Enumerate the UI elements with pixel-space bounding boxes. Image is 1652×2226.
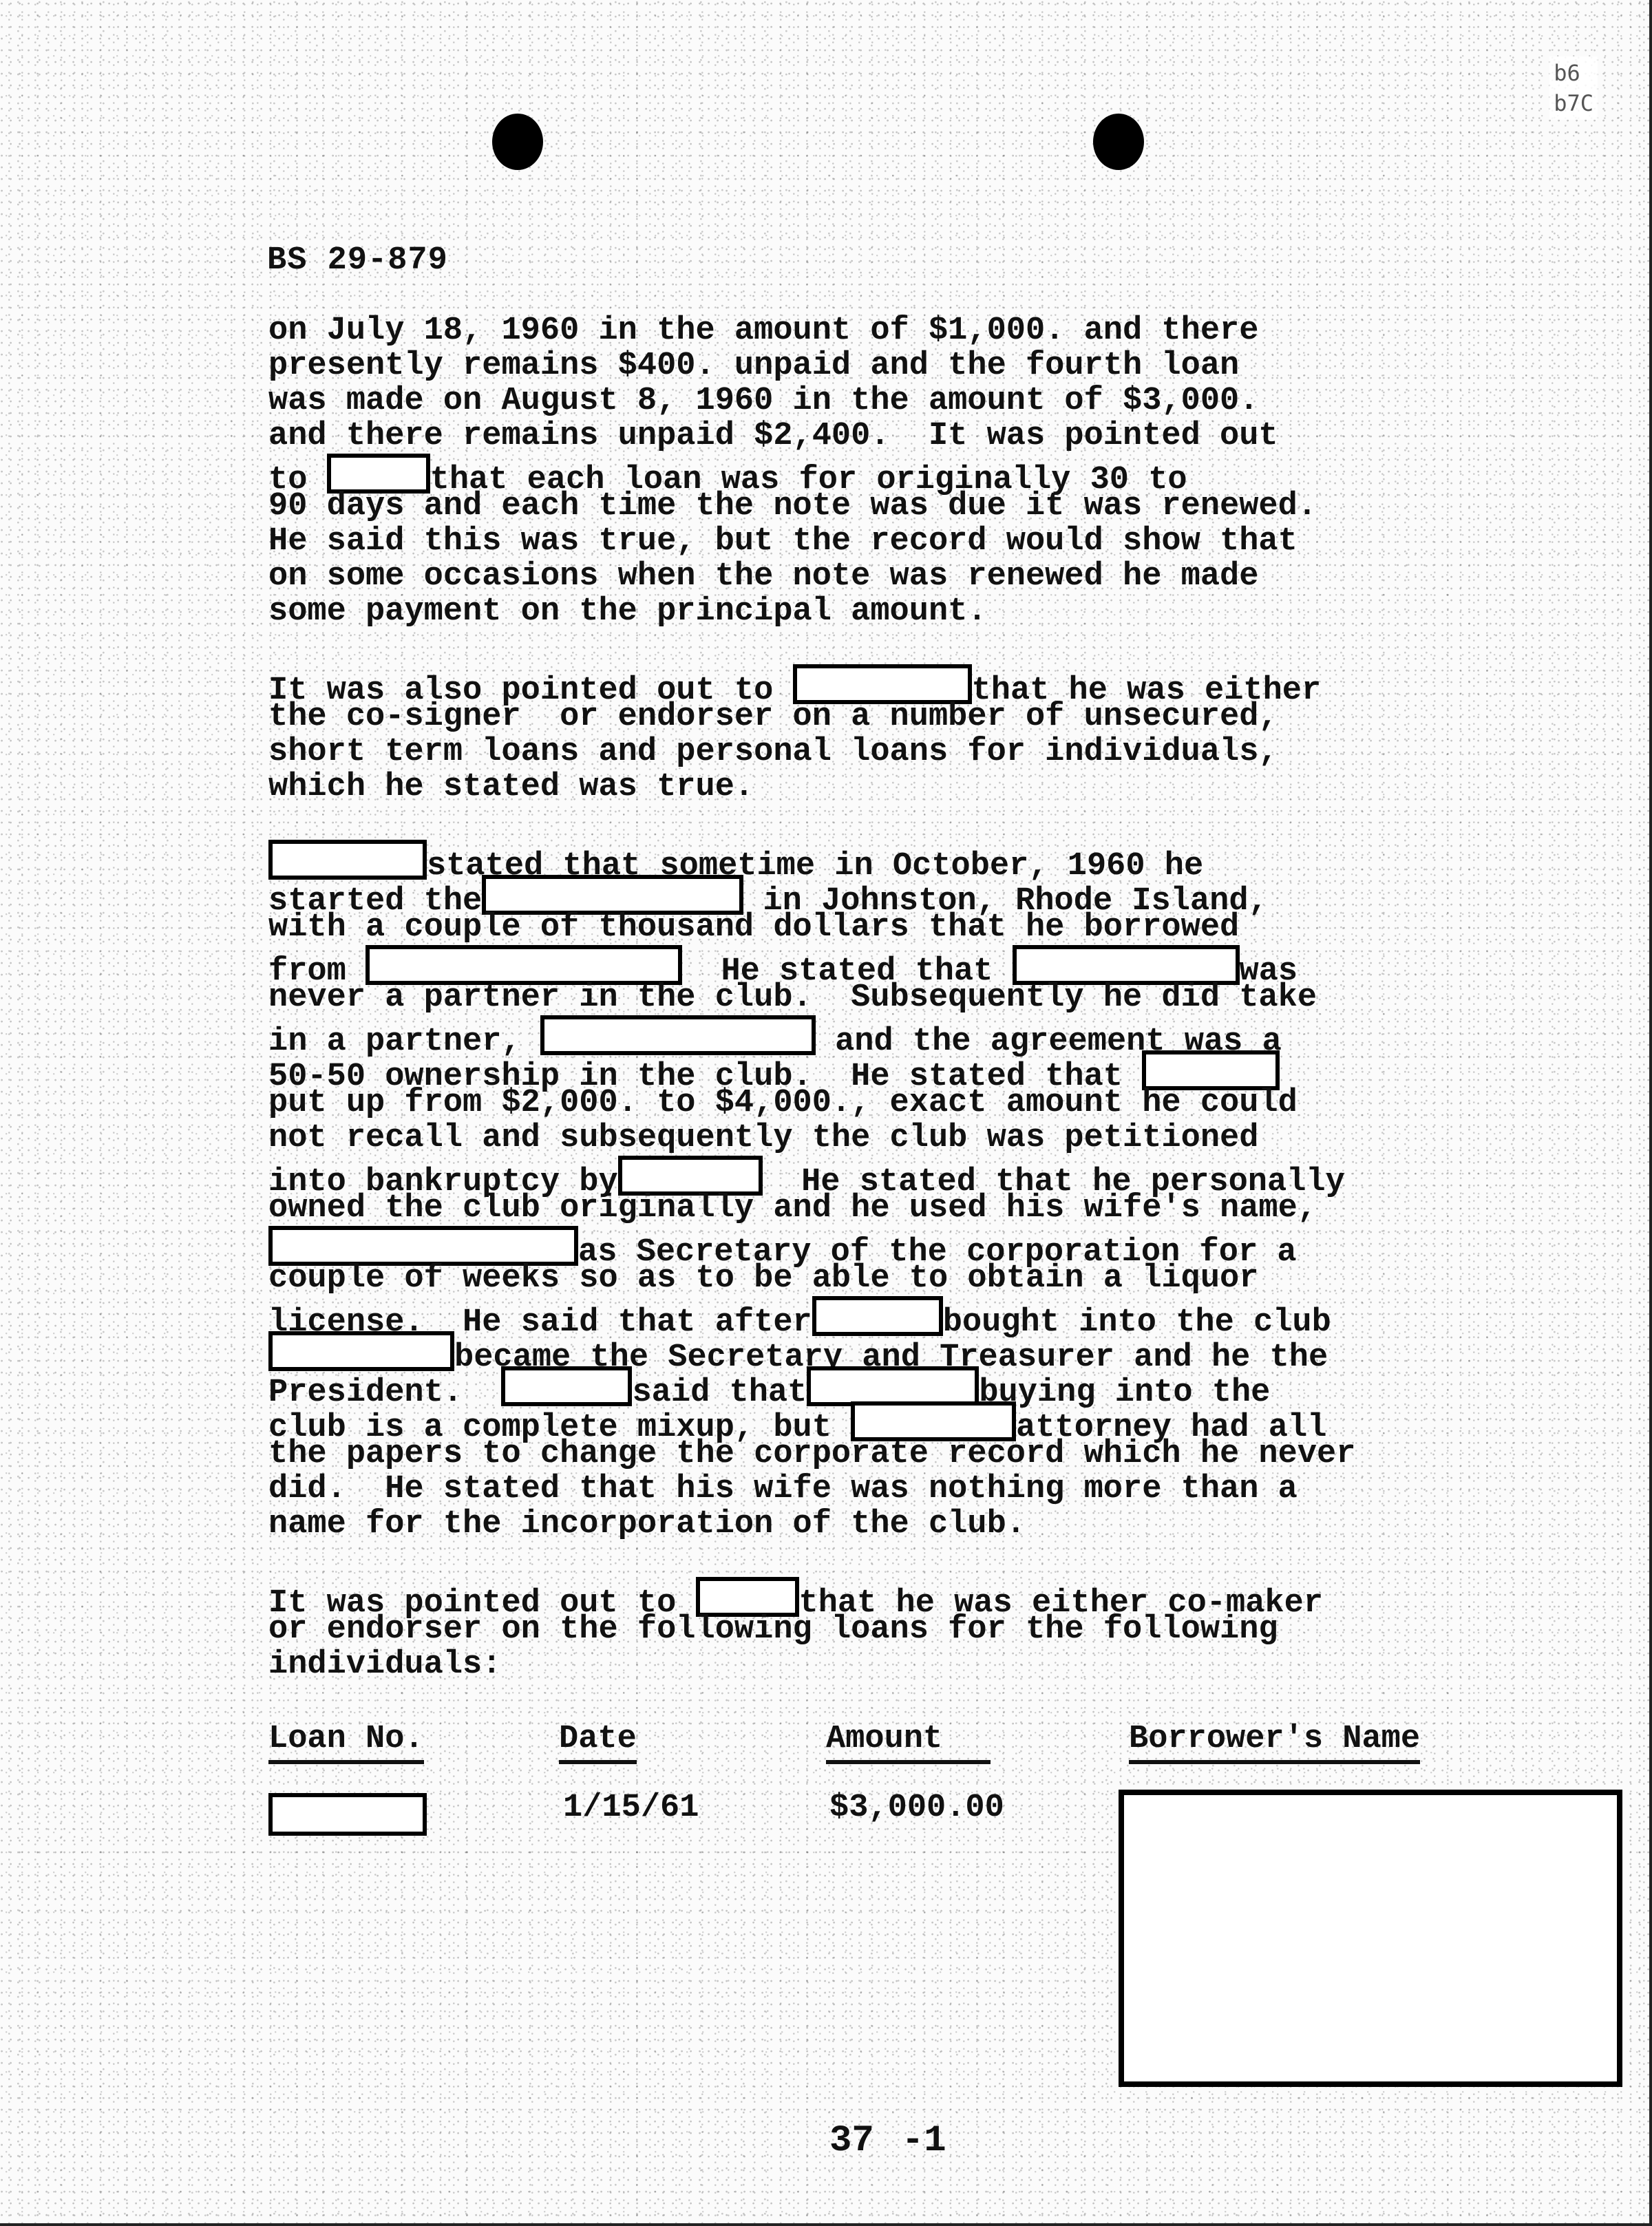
text-line: some payment on the principal amount. (268, 594, 1452, 629)
text-line: club is a complete mixup, but attorney h… (268, 1401, 1452, 1437)
page-number-value: 37 (829, 2120, 874, 2162)
text-line: name for the incorporation of the club. (268, 1507, 1452, 1542)
file-number: BS 29-879 (267, 242, 448, 279)
text-segment: name for the incorporation of the club. (268, 1506, 1026, 1543)
loan-date: 1/15/61 (563, 1790, 699, 1826)
document-page: b6 b7C BS 29-879 on July 18, 1960 in the… (0, 0, 1652, 2226)
text-segment: on July 18, 1960 in the amount of $1,000… (268, 312, 1258, 349)
text-segment: owned the club originally and he used hi… (268, 1190, 1317, 1227)
text-line: became the Secretary and Treasurer and h… (268, 1331, 1452, 1366)
text-line: short term loans and personal loans for … (268, 734, 1452, 770)
text-line: the co-signer or endorser on a number of… (268, 699, 1452, 734)
text-segment: He said this was true, but the record wo… (268, 523, 1298, 560)
redacted-borrower-name (1119, 1790, 1622, 2087)
text-segment: on some occasions when the note was rene… (268, 558, 1258, 595)
redacted-loan-no (268, 1793, 427, 1836)
text-line: on July 18, 1960 in the amount of $1,000… (268, 313, 1452, 348)
header-borrowers-name: Borrower's Name (1129, 1721, 1420, 1764)
text-segment: couple of weeks so as to be able to obta… (268, 1260, 1258, 1297)
text-segment: with a couple of thousand dollars that h… (268, 909, 1239, 946)
text-segment: or endorser on the following loans for t… (268, 1611, 1278, 1648)
text-line: did. He stated that his wife was nothing… (268, 1472, 1452, 1507)
punch-hole-right (1093, 114, 1144, 170)
text-segment: and there remains unpaid $2,400. It was … (268, 418, 1278, 454)
text-line: It was also pointed out to that he was e… (268, 664, 1452, 699)
paragraph: on July 18, 1960 in the amount of $1,000… (268, 313, 1452, 629)
text-line: on some occasions when the note was rene… (268, 559, 1452, 594)
header-amount: Amount (826, 1721, 991, 1764)
text-line: It was pointed out to that he was either… (268, 1577, 1452, 1612)
text-segment: the co-signer or endorser on a number of… (268, 699, 1278, 735)
text-segment: not recall and subsequently the club was… (268, 1120, 1258, 1156)
text-line: the papers to change the corporate recor… (268, 1437, 1452, 1472)
text-segment: some payment on the principal amount. (268, 593, 987, 630)
text-line: started the in Johnston, Rhode Island, (268, 875, 1452, 910)
text-line: never a partner in the club. Subsequentl… (268, 980, 1452, 1015)
text-segment: which he stated was true. (268, 769, 754, 805)
text-line: to that each loan was for originally 30 … (268, 454, 1452, 489)
exemption-code: b7C (1554, 88, 1593, 118)
text-segment: presently remains $400. unpaid and the f… (268, 348, 1239, 384)
text-segment: the papers to change the corporate recor… (268, 1436, 1355, 1472)
text-line: in a partner, and the agreement was a (268, 1015, 1452, 1050)
text-segment: short term loans and personal loans for … (268, 734, 1278, 770)
text-line: He said this was true, but the record wo… (268, 524, 1452, 559)
text-segment: individuals: (268, 1646, 501, 1683)
exemption-stamp: b6 b7C (1549, 56, 1598, 120)
text-line: into bankruptcy by He stated that he per… (268, 1156, 1452, 1191)
text-segment: was made on August 8, 1960 in the amount… (268, 383, 1258, 419)
header-loan-no: Loan No. (268, 1721, 424, 1764)
text-line: with a couple of thousand dollars that h… (268, 910, 1452, 945)
header-date: Date (559, 1721, 637, 1764)
loan-amount: $3,000.00 (829, 1790, 1004, 1826)
text-line: presently remains $400. unpaid and the f… (268, 348, 1452, 383)
exemption-code: b6 (1554, 58, 1593, 88)
redaction-box (268, 840, 427, 880)
paragraph: It was also pointed out to that he was e… (268, 664, 1452, 805)
document-body: on July 18, 1960 in the amount of $1,000… (268, 313, 1452, 1717)
redaction-box (268, 1331, 454, 1371)
paragraph: stated that sometime in October, 1960 he… (268, 840, 1452, 1542)
text-line: 50-50 ownership in the club. He stated t… (268, 1050, 1452, 1085)
text-segment: put up from $2,000. to $4,000., exact am… (268, 1085, 1298, 1121)
text-line: was made on August 8, 1960 in the amount… (268, 383, 1452, 418)
redaction-box (807, 1366, 979, 1406)
text-line: stated that sometime in October, 1960 he (268, 840, 1452, 875)
text-segment: never a partner in the club. Subsequentl… (268, 979, 1317, 1016)
page-number: 37-1 (829, 2120, 946, 2162)
punch-hole-left (492, 114, 543, 170)
text-segment: did. He stated that his wife was nothing… (268, 1471, 1298, 1507)
text-line: not recall and subsequently the club was… (268, 1121, 1452, 1156)
paragraph: It was pointed out to that he was either… (268, 1577, 1452, 1682)
redaction-box (812, 1296, 943, 1336)
page-mark: -1 (902, 2120, 946, 2162)
text-line: or endorser on the following loans for t… (268, 1612, 1452, 1647)
text-line: and there remains unpaid $2,400. It was … (268, 418, 1452, 454)
text-line: put up from $2,000. to $4,000., exact am… (268, 1085, 1452, 1121)
text-line: 90 days and each time the note was due i… (268, 489, 1452, 524)
redaction-box (501, 1366, 632, 1406)
text-line: as Secretary of the corporation for a (268, 1226, 1452, 1261)
text-line: individuals: (268, 1647, 1452, 1682)
text-segment: 90 days and each time the note was due i… (268, 488, 1317, 524)
text-line: owned the club originally and he used hi… (268, 1191, 1452, 1226)
text-line: from He stated that was (268, 945, 1452, 980)
text-line: license. He said that afterbought into t… (268, 1296, 1452, 1331)
text-line: which he stated was true. (268, 770, 1452, 805)
redaction-box (540, 1015, 816, 1055)
